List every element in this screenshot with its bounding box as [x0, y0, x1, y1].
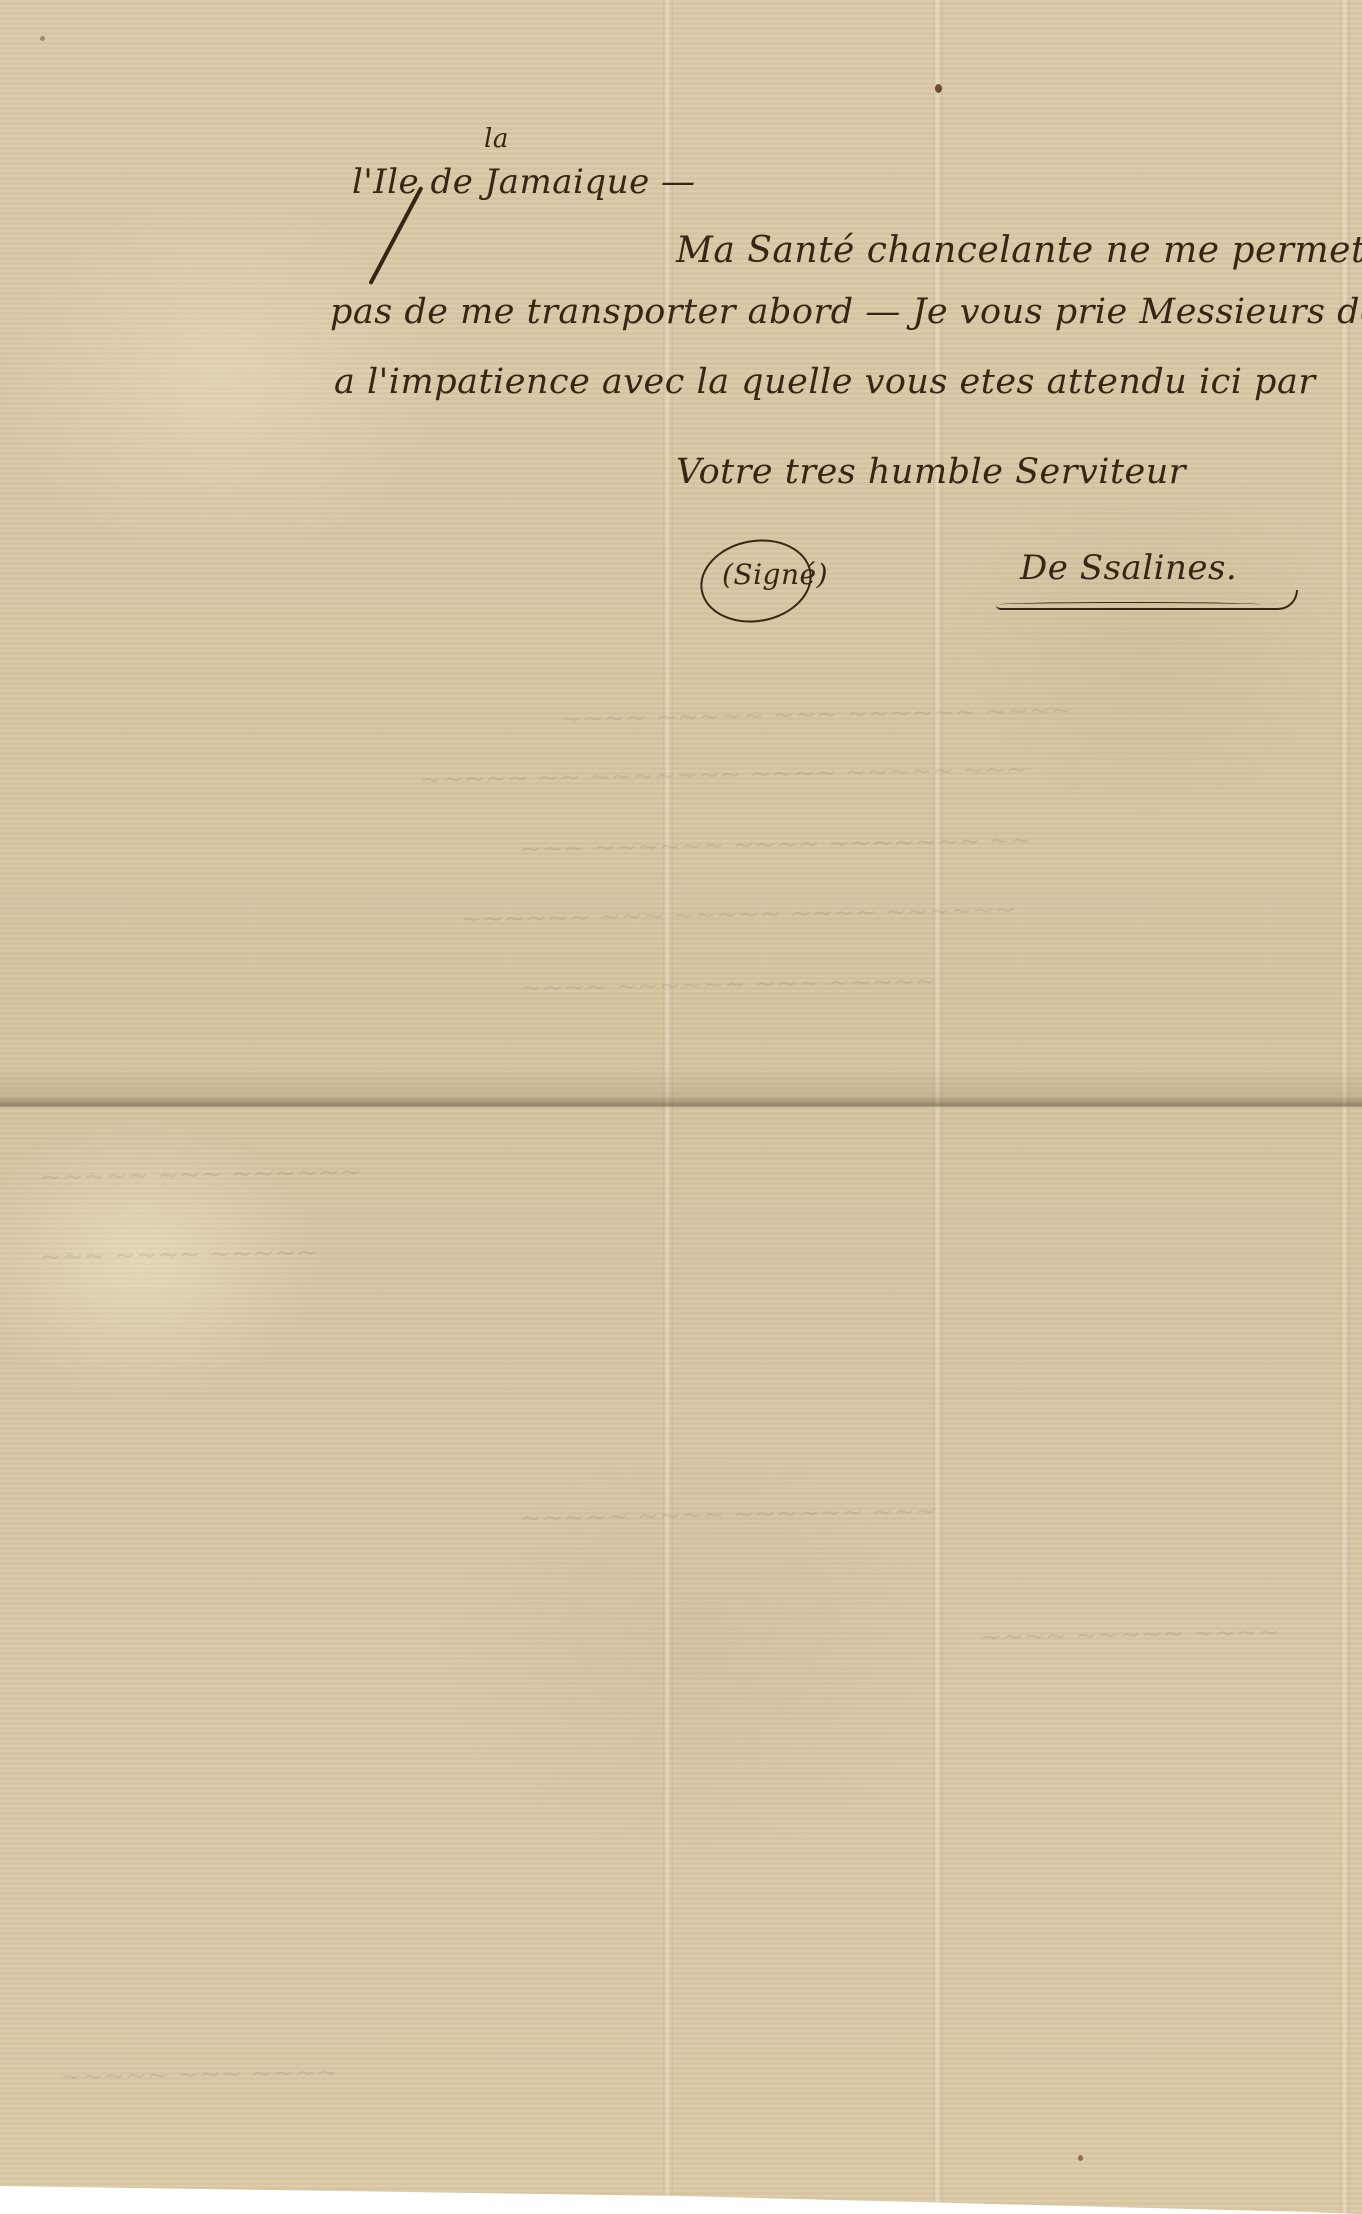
bleed-through-texture: ~~~~~ ~~~ ~~~~ — [60, 2058, 338, 2093]
bleed-through-texture: ~~~~ ~~~~~ ~~~ ~~~~~~ ~~~~ — [560, 696, 1073, 735]
letter-line-4: a l'impatience avec la quelle vous etes … — [334, 362, 1316, 402]
bleed-through-texture: ~~~ ~~~~~~ ~~~~ ~~~~~~~ ~~ — [520, 826, 1033, 865]
signe-label: (Signé) — [722, 558, 828, 591]
bleed-through-texture: ~~~~ ~~~~~ ~~~~ — [980, 1617, 1280, 1652]
bleed-through-texture: ~~~~ ~~~~~~ ~~~ ~~~~~ — [520, 966, 937, 1003]
letter-line-3: pas de me transporter abord — Je vous pr… — [330, 292, 1362, 332]
paper-spot — [935, 84, 942, 93]
bleed-through-texture: ~~~~~ ~~~~ ~~~~~~ ~~~ — [520, 1496, 937, 1533]
bleed-through-texture: ~~~~~ ~~~ ~~~~~~ — [40, 1157, 362, 1193]
paper-spot — [40, 36, 45, 41]
paper-spot — [1078, 2155, 1083, 2161]
signature: De Ssalines. — [1020, 548, 1237, 588]
signature-flourish — [1000, 602, 1260, 607]
bleed-through-texture: ~~~ ~~~~ ~~~~~ — [40, 1238, 318, 1273]
inserted-word-la: la — [484, 124, 509, 154]
closing-line: Votre tres humble Serviteur — [676, 452, 1186, 492]
letter-line-1: l'Ile de Jamaique — — [352, 162, 696, 202]
signature-flourish — [996, 590, 1298, 610]
letter-page: ~~~~ ~~~~~ ~~~ ~~~~~~ ~~~~ ~~~~~ ~~ ~~~~… — [0, 0, 1362, 2214]
horizontal-fold-line — [0, 1068, 1362, 1108]
letter-line-2: Ma Santé chancelante ne me permettant — [676, 230, 1362, 271]
